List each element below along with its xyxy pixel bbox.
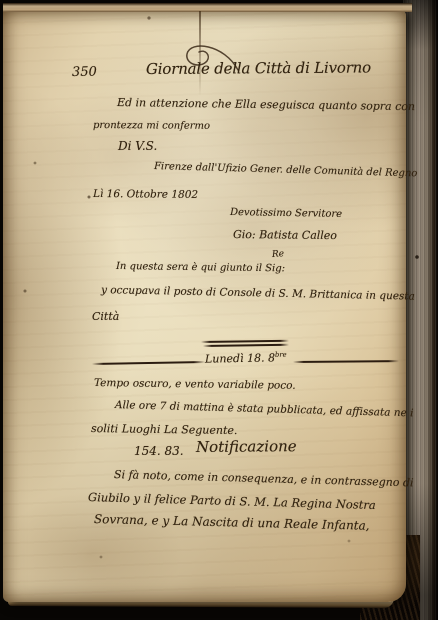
- arrival-note-line-1: In questa sera è qui giunto il Sig:: [116, 262, 285, 275]
- letter-origin-line: Firenze dall'Ufizio Gener. delle Comunit…: [154, 162, 418, 180]
- section-rule-short-upper: [201, 340, 289, 343]
- arrival-note-line-3: Città: [92, 311, 119, 323]
- weather-line: Tempo oscuro, e vento variabile poco.: [94, 378, 296, 392]
- letter-salutation: Di V.S.: [118, 140, 157, 153]
- letter-line-1: Ed in attenzione che Ella eseguisca quan…: [117, 97, 415, 113]
- publication-line-1: Alle ore 7 di mattina è stata pubblicata…: [115, 400, 414, 419]
- day-heading: Lunedì 18. 8bre: [205, 352, 287, 366]
- publication-doc-title: Notificazione: [196, 439, 297, 456]
- publication-line-2: soliti Luoghi La Seguente.: [91, 423, 238, 437]
- page-number: 350: [72, 66, 97, 80]
- letter-valediction: Devotissimo Servitore: [230, 208, 342, 220]
- day-heading-rule-left: [92, 361, 205, 365]
- journal-title: Giornale della Città di Livorno: [146, 60, 371, 77]
- manuscript-photo: 350 Giornale della Città di Livorno Ed i…: [0, 0, 438, 620]
- notification-line-3: Sovrana, e y La Nascita di una Reale Inf…: [94, 513, 370, 532]
- section-rule-short-lower: [203, 344, 289, 347]
- notification-line-2: Giubilo y il felice Parto di S. M. La Re…: [88, 491, 376, 511]
- handwriting-layer: 350 Giornale della Città di Livorno Ed i…: [0, 0, 438, 620]
- arrival-note-line-2: y occupava il posto di Console di S. M. …: [101, 285, 415, 303]
- publication-reference-number: 154. 83.: [134, 445, 184, 458]
- notification-line-1: Si fà noto, come in consequenza, e in co…: [114, 469, 414, 489]
- day-heading-suffix: bre: [275, 351, 287, 359]
- letter-signature: Gio: Batista Calleo: [233, 229, 337, 242]
- arrival-note-superscript: Re: [272, 250, 285, 260]
- letter-date-line: Lì 16. Ottobre 1802: [93, 189, 198, 201]
- letter-line-2: prontezza mi confermo: [93, 121, 210, 132]
- day-heading-rule-right: [293, 360, 399, 363]
